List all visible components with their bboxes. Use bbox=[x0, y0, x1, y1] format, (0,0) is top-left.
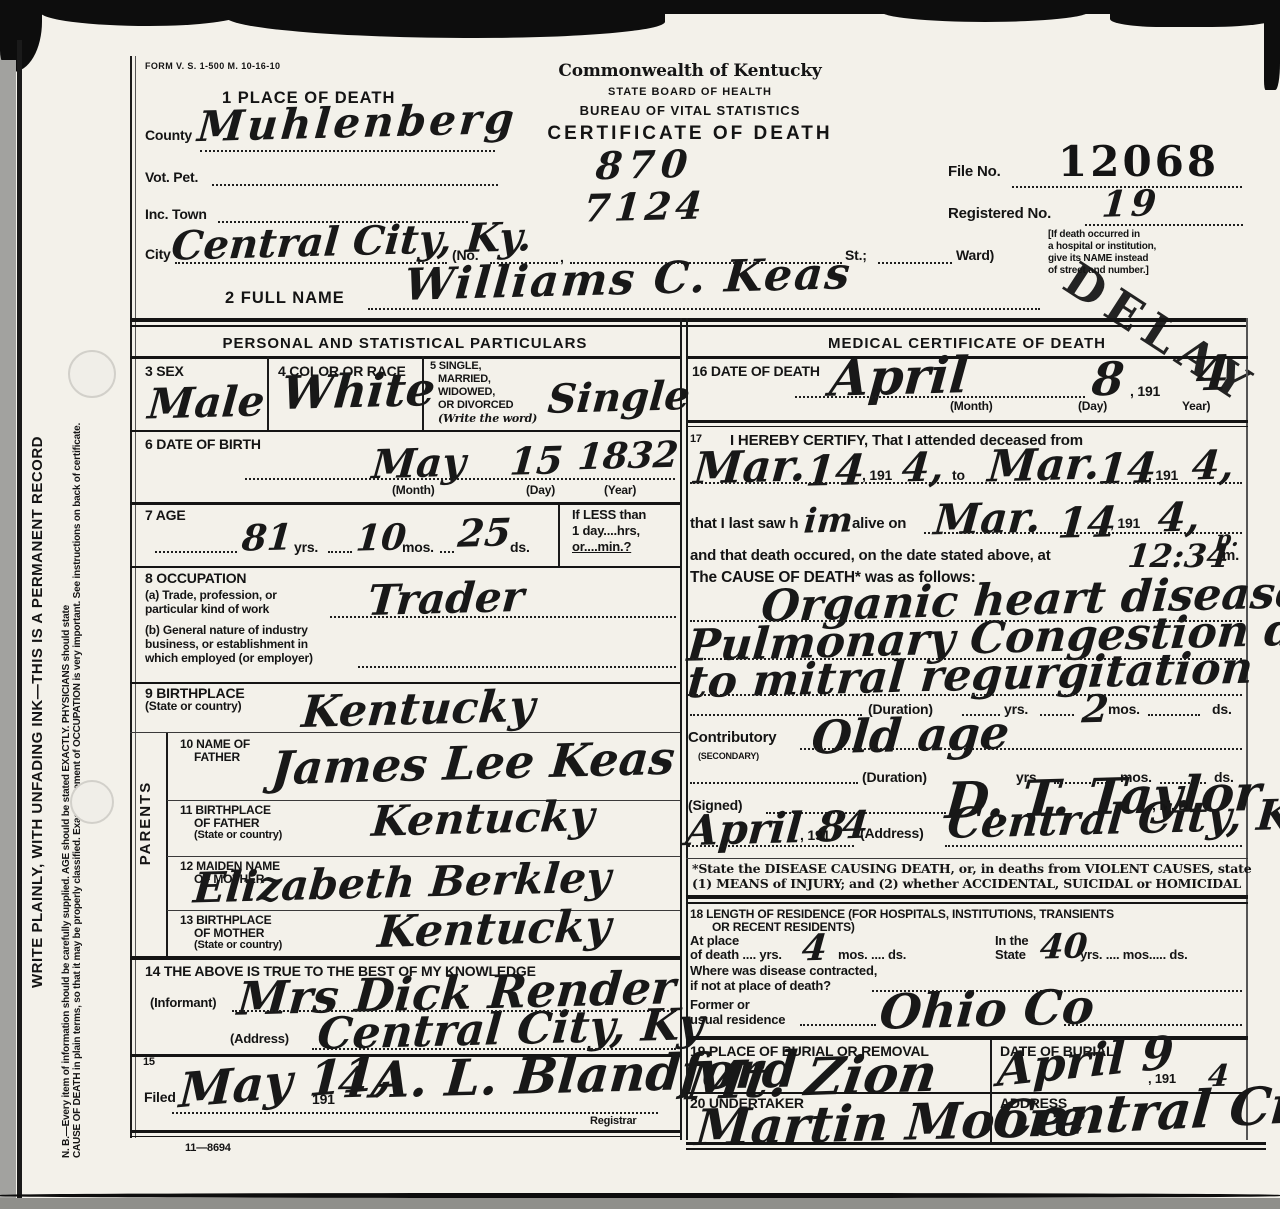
filed-item-number: 15 bbox=[143, 1057, 155, 1069]
sex-row-rule bbox=[130, 430, 680, 432]
scan-corner-smudge bbox=[1264, 0, 1280, 90]
age-years-value: 81 bbox=[241, 519, 294, 556]
parents-bottom-rule bbox=[130, 956, 680, 960]
physician-address-label: (Address) bbox=[860, 826, 924, 841]
age-note-divider bbox=[558, 505, 560, 566]
hospital-note-line1: [If death occurred in bbox=[1048, 230, 1140, 241]
occupation-b-line2: business, or establishment in bbox=[145, 638, 308, 651]
age-dotted-2 bbox=[328, 551, 352, 553]
parents-divider bbox=[166, 733, 168, 956]
section-top-rule-inner bbox=[130, 325, 1248, 327]
last-saw-prefix: that I last saw h bbox=[690, 516, 798, 532]
dod-month-caption: (Month) bbox=[950, 400, 993, 413]
race-value: White bbox=[280, 366, 437, 416]
occupation-b-line1: (b) General nature of industry bbox=[145, 624, 308, 637]
duration2-dotted-1 bbox=[690, 782, 858, 784]
age-note-line1: If LESS than bbox=[572, 508, 646, 522]
burial-date-divider bbox=[990, 1040, 992, 1092]
cause-duration-mos-value: 2 bbox=[1080, 690, 1110, 729]
registrar-label: Registrar bbox=[590, 1116, 637, 1128]
dob-day-value: 15 bbox=[508, 441, 564, 480]
ward-label: Ward) bbox=[956, 248, 994, 263]
dod-row-rule bbox=[688, 420, 1248, 423]
age-days-value: 25 bbox=[456, 513, 512, 552]
county-value: Muhlenberg bbox=[196, 98, 518, 148]
age-dotted-3 bbox=[440, 551, 454, 553]
attended-from-month: Mar. bbox=[692, 445, 807, 492]
age-ds-label: ds. bbox=[510, 540, 530, 555]
age-label: 7 AGE bbox=[145, 508, 186, 523]
duration-dotted-4 bbox=[1148, 714, 1200, 716]
father-birthplace-label-line1: 11 BIRTHPLACE bbox=[180, 804, 271, 817]
physician-address-dotted-line bbox=[945, 845, 1242, 847]
father-birthplace-note: (State or country) bbox=[194, 830, 282, 842]
filed-year-handwritten: 4 bbox=[336, 1062, 369, 1105]
physician-address-value: Central City, Ky. bbox=[946, 793, 1280, 845]
right-bottom-rule bbox=[686, 1142, 1266, 1145]
contributory-value: Old age bbox=[810, 709, 1011, 760]
date-of-death-label: 16 DATE OF DEATH bbox=[692, 364, 820, 379]
punch-hole bbox=[68, 350, 116, 398]
personal-title-rule bbox=[130, 356, 680, 359]
page-edge-line bbox=[17, 40, 22, 1198]
dod-row-rule-inner bbox=[688, 426, 1248, 427]
attended-to-year-hw: 4, bbox=[1190, 445, 1235, 486]
contributory-duration-label: (Duration) bbox=[862, 770, 927, 785]
scan-top-smudge bbox=[880, 0, 1090, 22]
form-footer-code: 11—8694 bbox=[185, 1143, 231, 1155]
city-label: City bbox=[145, 247, 171, 262]
file-no-label: File No. bbox=[948, 164, 1001, 180]
age-dotted-1 bbox=[155, 551, 237, 553]
mother-birthplace-note: (State or country) bbox=[194, 940, 282, 952]
dod-year-caption: Year) bbox=[1182, 400, 1210, 413]
contracted-line1: Where was disease contracted, bbox=[690, 964, 877, 978]
occupation-a-line2: particular kind of work bbox=[145, 603, 269, 616]
secondary-label: (SECONDARY) bbox=[698, 752, 759, 761]
attended-to-word: to bbox=[952, 468, 965, 483]
father-name-value: James Lee Keas bbox=[270, 735, 677, 792]
form-left-border bbox=[130, 56, 132, 1138]
margin-nb-line2: CAUSE OF DEATH in plain terms, so that i… bbox=[73, 110, 84, 1158]
registered-no-label: Registered No. bbox=[948, 206, 1051, 222]
mother-name-value: Elizabeth Berkley bbox=[192, 857, 612, 910]
age-mos-label: mos. bbox=[402, 540, 434, 555]
informant-label: (Informant) bbox=[150, 996, 216, 1010]
signed-year-printed: , 191 bbox=[800, 828, 830, 843]
ward-dotted-line bbox=[878, 262, 952, 264]
contracted-line2: if not at place of death? bbox=[690, 979, 831, 993]
form-left-border-inner bbox=[135, 56, 136, 1138]
age-note-line3: or....min.? bbox=[572, 540, 631, 554]
in-state-suffix: yrs. .... mos..... ds. bbox=[1080, 948, 1188, 962]
date-of-death-year-hw: 4 bbox=[1194, 350, 1231, 399]
state-board-title: STATE BOARD OF HEALTH bbox=[500, 87, 880, 99]
margin-write-plainly-note: WRITE PLAINLY, WITH UNFADING INK—THIS IS… bbox=[30, 232, 46, 1192]
footnote-bottom-rule bbox=[686, 895, 1248, 899]
filed-label: Filed bbox=[144, 1090, 176, 1105]
cause-footnote-line2: (1) MEANS of INJURY; and (2) whether ACC… bbox=[692, 877, 1241, 890]
race-marital-divider bbox=[422, 356, 424, 430]
birthplace-value: Kentucky bbox=[300, 685, 536, 735]
full-name-dotted-line bbox=[368, 308, 1040, 310]
full-name-value: Williams C. Keas bbox=[403, 252, 854, 308]
registered-no-value: 19 bbox=[1101, 185, 1162, 223]
last-saw-dotted-line bbox=[924, 532, 1242, 534]
left-bottom-rule-inner bbox=[130, 1136, 680, 1137]
dob-day-caption: (Day) bbox=[526, 484, 555, 497]
filed-year-printed: 191 bbox=[312, 1092, 335, 1107]
voting-precinct-label: Vot. Pet. bbox=[145, 170, 198, 185]
dod-day-caption: (Day) bbox=[1078, 400, 1107, 413]
last-saw-year-printed: , 191 bbox=[1110, 516, 1140, 531]
age-months-value: 10 bbox=[355, 519, 408, 556]
cause-duration-ds: ds. bbox=[1212, 702, 1232, 717]
date-of-death-day: 8 bbox=[1090, 356, 1126, 403]
informant-address-label: (Address) bbox=[230, 1032, 289, 1046]
contributory-label: Contributory bbox=[688, 730, 776, 746]
father-name-label-line1: 10 NAME OF bbox=[180, 738, 250, 751]
right-bottom-rule-inner bbox=[686, 1148, 1266, 1150]
dob-year-caption: (Year) bbox=[604, 484, 636, 497]
form-number: FORM V. S. 1-500 M. 10-16-10 bbox=[145, 62, 280, 71]
occupation-b-dotted-line bbox=[358, 666, 676, 668]
marital-write-word-note: (Write the word) bbox=[438, 413, 537, 425]
left-bottom-rule bbox=[130, 1130, 680, 1133]
cause-duration-mos: mos. bbox=[1108, 702, 1140, 717]
last-saw-him-hw: im bbox=[803, 503, 855, 538]
age-note-line2: 1 day....hrs, bbox=[572, 524, 640, 538]
death-occurred-text: and that death occured, on the date stat… bbox=[690, 548, 1051, 564]
contributory-dotted-line bbox=[800, 748, 1242, 750]
inc-town-label: Inc. Town bbox=[145, 207, 207, 222]
cause-dotted-3 bbox=[688, 694, 1242, 696]
mother-birthplace-value: Kentucky bbox=[376, 905, 612, 955]
scan-bottom-gray bbox=[0, 1198, 1280, 1209]
cause-footnote-line1: *State the DISEASE CAUSING DEATH, or, in… bbox=[692, 862, 1252, 875]
occupation-a-line1: (a) Trade, profession, or bbox=[145, 589, 277, 602]
voting-precinct-dotted-line bbox=[212, 184, 498, 186]
at-place-line1: At place bbox=[690, 934, 739, 948]
parents-vertical-label: PARENTS bbox=[138, 740, 154, 906]
attended-to-year-printed: , 191 bbox=[1148, 468, 1178, 483]
at-place-suffix: mos. .... ds. bbox=[838, 948, 906, 962]
form-right-border bbox=[1246, 318, 1248, 1140]
scan-top-smudge bbox=[1110, 0, 1280, 27]
full-name-label: 2 FULL NAME bbox=[225, 290, 345, 307]
sex-label: 3 SEX bbox=[145, 364, 184, 379]
father-birthplace-value: Kentucky bbox=[370, 795, 596, 843]
marital-value: Single bbox=[546, 376, 691, 420]
dob-year-value: 1832 bbox=[576, 437, 679, 476]
dob-label: 6 DATE OF BIRTH bbox=[145, 437, 261, 452]
undertaker-address-value: Central City bbox=[991, 1077, 1280, 1147]
mother-birthplace-label-line1: 13 BIRTHPLACE bbox=[180, 914, 271, 927]
bureau-title: BUREAU OF VITAL STATISTICS bbox=[500, 104, 880, 118]
mother-birthplace-label-line2: OF MOTHER bbox=[194, 927, 264, 940]
dob-month-caption: (Month) bbox=[392, 484, 435, 497]
duration-dotted-3 bbox=[1040, 714, 1074, 716]
stamp-number-870: 870 bbox=[594, 145, 695, 186]
in-state-line1: In the bbox=[995, 934, 1028, 948]
marital-label-line2: MARRIED, bbox=[438, 374, 491, 386]
age-row-rule bbox=[130, 566, 680, 568]
county-dotted-line bbox=[200, 150, 495, 152]
attended-from-year-printed: , 191 bbox=[862, 468, 892, 483]
file-no-value: 12068 bbox=[1058, 140, 1219, 184]
registered-no-dotted-line bbox=[1085, 224, 1243, 226]
stamp-number-7124: 7124 bbox=[582, 186, 707, 227]
at-place-prefix: of death .... yrs. bbox=[690, 948, 782, 962]
signed-date-dotted-line bbox=[688, 845, 854, 847]
occupation-a-dotted-line bbox=[330, 616, 676, 618]
father-birthplace-label-line2: OF FATHER bbox=[194, 817, 259, 830]
occupation-b-line3: which employed (or employer) bbox=[145, 652, 313, 665]
former-residence-line1: Former or bbox=[690, 998, 750, 1012]
death-time-m: m. bbox=[1222, 548, 1239, 564]
scan-left-gray bbox=[0, 60, 16, 1209]
county-label: County bbox=[145, 128, 192, 143]
last-saw-day: 14 bbox=[1056, 501, 1118, 545]
birthplace-note: (State or country) bbox=[145, 700, 241, 713]
sex-value: Male bbox=[146, 380, 266, 425]
former-residence-value: Ohio Co bbox=[878, 983, 1096, 1037]
marital-label-line4: OR DIVORCED bbox=[438, 400, 513, 412]
hospital-note-line2: a hospital or institution, bbox=[1048, 242, 1156, 253]
dod-dotted-line bbox=[795, 396, 1085, 398]
attended-from-day: 14 bbox=[804, 449, 866, 493]
personal-section-title: PERSONAL AND STATISTICAL PARTICULARS bbox=[130, 336, 680, 352]
filed-dotted-line bbox=[172, 1112, 658, 1114]
marital-label-line1: 5 SINGLE, bbox=[430, 361, 481, 373]
margin-nb-line1: N. B.—Every item of information should b… bbox=[62, 110, 73, 1158]
age-yrs-label: yrs. bbox=[294, 540, 318, 555]
sex-race-divider bbox=[267, 356, 269, 430]
former-residence-line2: usual residence bbox=[690, 1013, 785, 1027]
residence-label-line1: 18 LENGTH OF RESIDENCE (FOR HOSPITALS, I… bbox=[690, 908, 1114, 921]
in-state-prefix: State bbox=[995, 948, 1026, 962]
section-top-rule bbox=[130, 318, 1248, 322]
last-saw-month: Mar. bbox=[932, 497, 1042, 542]
punch-hole bbox=[70, 780, 114, 824]
last-saw-mid: alive on bbox=[852, 516, 906, 532]
signed-row-rule bbox=[686, 858, 1248, 859]
margin-nb-note: N. B.—Every item of information should b… bbox=[62, 110, 83, 1158]
attended-dotted-line bbox=[690, 482, 1242, 484]
former-residence-dotted-2 bbox=[1064, 1024, 1242, 1026]
dob-row-rule bbox=[130, 502, 680, 505]
footnote-bottom-rule-inner bbox=[686, 902, 1248, 904]
scanned-death-certificate: WRITE PLAINLY, WITH UNFADING INK—THIS IS… bbox=[0, 0, 1280, 1209]
former-residence-dotted-1 bbox=[800, 1024, 876, 1026]
residence-label-line2: OR RECENT RESIDENTS) bbox=[712, 921, 855, 934]
commonwealth-title: Commonwealth of Kentucky bbox=[500, 63, 880, 81]
father-name-label-line2: FATHER bbox=[194, 751, 240, 764]
at-place-mos-value: 4 bbox=[801, 930, 829, 967]
marital-label-line3: WIDOWED, bbox=[438, 387, 495, 399]
occupation-label: 8 OCCUPATION bbox=[145, 571, 246, 586]
dob-dotted-line bbox=[245, 478, 675, 480]
date-of-death-year-printed: , 191 bbox=[1130, 384, 1160, 399]
